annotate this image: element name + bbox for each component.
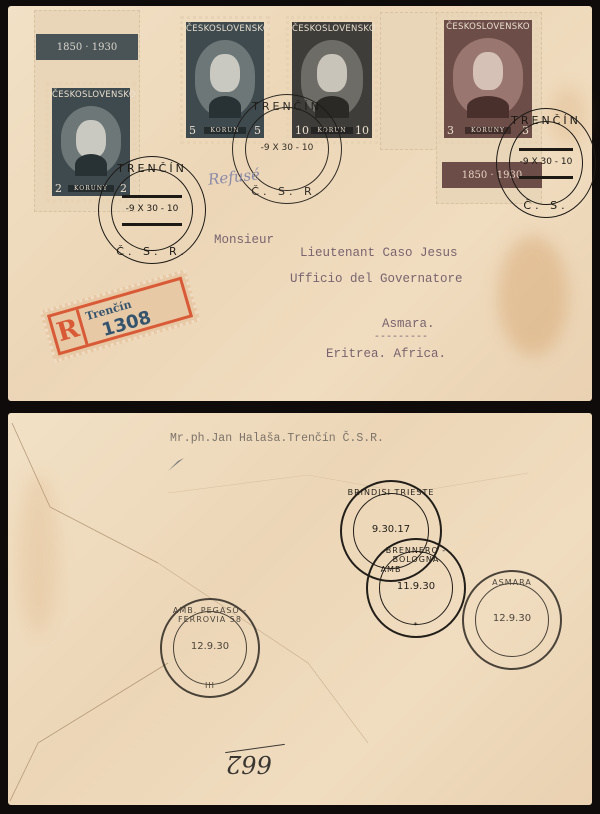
- postmark-date: -9 X 30 - 10: [99, 204, 205, 214]
- postmark-date: -9 X 30 - 10: [497, 157, 595, 167]
- postmark-date: 9.30.17: [342, 524, 440, 535]
- postmark-top: ASMARA: [464, 578, 560, 587]
- postmark-bar: [519, 176, 574, 179]
- stain: [498, 236, 568, 356]
- postmark-top: BRENNERO - BOLOGNA: [368, 546, 464, 564]
- portrait-head: [76, 120, 106, 158]
- portrait-head: [210, 54, 240, 92]
- postmark-country: Č. S.: [497, 199, 595, 212]
- stamp-country: ČESKOSLOVENSKO: [52, 88, 130, 102]
- stamp-country: ČESKOSLOVENSKO: [292, 22, 372, 36]
- postmark-date: 12.9.30: [464, 613, 560, 624]
- postmark-trencin: TRENČÍN -9 X 30 - 10 Č. S. R.: [232, 94, 342, 204]
- envelope-front: 1850 · 1930 ČESKOSLOVENSKO 2KORUNY2 ČESK…: [8, 6, 592, 401]
- postmark-town: TRENČÍN: [497, 114, 595, 127]
- portrait-head: [317, 54, 347, 92]
- address-salutation: Monsieur: [214, 233, 274, 247]
- postmark-bottom: III: [162, 681, 258, 690]
- postmark-bar: [519, 148, 574, 151]
- stain: [18, 473, 58, 633]
- postmark-top: BRINDISI TRIESTE: [342, 488, 440, 497]
- postmark-country: Č. S. R.: [99, 245, 205, 258]
- stamp-sheet-margin: [380, 12, 438, 150]
- postmark-top: AMB. PEGASO - FERROVIA 58: [162, 606, 258, 624]
- postmark-town: TRENČÍN: [99, 162, 205, 175]
- postmark-country: Č. S. R.: [233, 185, 341, 198]
- sender-address: Mr.ph.Jan Halaša.Trenčín Č.S.R.: [170, 432, 384, 445]
- postmark-ambulante: AMB. PEGASO - FERROVIA 58 12.9.30 III: [160, 598, 260, 698]
- address-office: Ufficio del Governatore: [290, 272, 463, 286]
- postmark-brennero-bologna: BRENNERO - BOLOGNA 11.9.30 *: [366, 538, 466, 638]
- anniversary-label-grey: 1850 · 1930: [36, 34, 138, 60]
- address-city: Asmara.: [382, 317, 435, 331]
- stamp-value: 5: [189, 124, 196, 137]
- label-years: 1850 · 1930: [57, 42, 117, 53]
- stamp-value: 10: [355, 124, 369, 137]
- postmark-date: -9 X 30 - 10: [233, 143, 341, 153]
- portrait-oval: [453, 38, 523, 118]
- address-country: Eritrea. Africa.: [326, 347, 446, 361]
- postmark-bar: [122, 195, 181, 198]
- stamp-value: 3: [447, 124, 454, 137]
- postmark-date: 11.9.30: [368, 581, 464, 592]
- stamp-country: ČESKOSLOVENSKO: [444, 20, 532, 34]
- address-separator: ---------: [374, 332, 428, 343]
- postmark-bar: [122, 223, 181, 226]
- postmark-date: 12.9.30: [162, 641, 258, 652]
- pencil-note: 662: [226, 750, 272, 778]
- postmark-asmara: ASMARA 12.9.30: [462, 570, 562, 670]
- registration-label: R Trenčín 1308: [40, 269, 201, 363]
- postmark-trencin: TRENČÍN -9 X 30 - 10 Č. S.: [496, 108, 596, 218]
- postmark-town: TRENČÍN: [233, 100, 341, 113]
- address-name: Lieutenant Caso Jesus: [300, 246, 458, 260]
- stamp-country: ČESKOSLOVENSKO: [186, 22, 264, 36]
- postmark-trencin: TRENČÍN -9 X 30 - 10 Č. S. R.: [98, 156, 206, 264]
- postmark-bottom: *: [368, 621, 464, 630]
- portrait-head: [473, 52, 503, 90]
- registration-frame: R Trenčín 1308: [47, 277, 193, 356]
- stamp-value: 2: [55, 182, 62, 195]
- registration-mark: R: [51, 309, 89, 352]
